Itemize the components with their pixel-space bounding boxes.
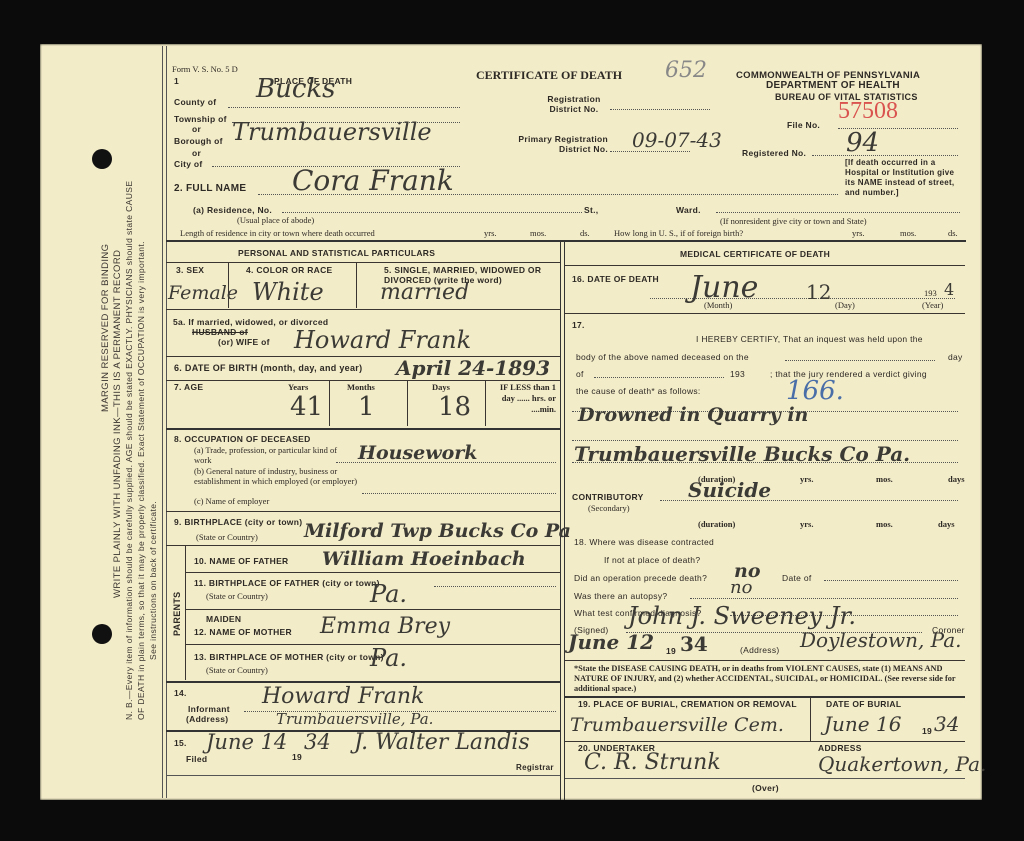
marital-value: married <box>380 280 469 305</box>
age-months: 1 <box>358 392 375 422</box>
yrs-label: yrs. <box>852 228 865 238</box>
dob-label: 6. DATE OF BIRTH (month, day, and year) <box>174 363 362 373</box>
nonresident-label: (If nonresident give city or town and St… <box>720 216 867 226</box>
signer-address-label: (Address) <box>740 645 780 655</box>
month-label: (Month) <box>704 300 732 310</box>
day-word: day <box>948 352 963 362</box>
borough-label: Borough of <box>174 136 223 146</box>
cause-line-1: Drowned in Quarry in <box>578 404 808 426</box>
occupation-value: Housework <box>358 442 477 464</box>
where-contracted-label: 18. Where was disease contracted <box>574 537 714 547</box>
duration-mos-2: mos. <box>876 519 893 529</box>
over-label: (Over) <box>752 783 779 793</box>
mother-birthplace-value: Pa. <box>370 644 407 672</box>
signed-year: 34 <box>680 632 708 656</box>
filed-year: 34 <box>304 730 331 754</box>
filed-19: 19 <box>292 752 302 762</box>
occupation-b-label: (b) General nature of industry, business… <box>194 466 359 486</box>
dod-year-prefix: 193 <box>924 288 937 298</box>
autopsy-label: Was there an autopsy? <box>574 591 667 601</box>
burial-value: Trumbauersville Cem. <box>570 714 784 736</box>
race-value: White <box>252 278 324 306</box>
year-label: (Year) <box>922 300 943 310</box>
date-of-label: Date of <box>782 573 812 583</box>
section-17: 17. <box>572 320 585 330</box>
dod-year: 4 <box>944 280 954 299</box>
margin-nb-note-3: See instructions on back of certificate. <box>148 501 159 660</box>
township-label: Township of <box>174 114 227 124</box>
margin-nb-note-2: OF DEATH in plain terms, so that it may … <box>136 241 147 720</box>
signer-address: Doylestown, Pa. <box>800 628 962 652</box>
informant-address-label: (Address) <box>186 714 228 724</box>
personal-heading: PERSONAL AND STATISTICAL PARTICULARS <box>238 248 435 258</box>
cause-code: 166. <box>786 376 844 406</box>
operation-label: Did an operation precede death? <box>574 573 707 583</box>
autopsy-value: no <box>730 577 752 598</box>
binder-hole-top <box>92 149 112 169</box>
duration-days-2: days <box>938 519 955 529</box>
parents-label: PARENTS <box>172 592 182 636</box>
duration-label-2: (duration) <box>698 519 735 529</box>
birthplace-sub-label: (State or Country) <box>196 532 258 542</box>
ward-label: Ward. <box>676 205 701 215</box>
days-label: Days <box>432 382 450 392</box>
husband-of-label: HUSBAND of <box>192 327 248 337</box>
registrar-label: Registrar <box>516 763 554 772</box>
years-label: Years <box>288 382 308 392</box>
signed-date: June 12 <box>568 630 654 654</box>
primary-registration-value: 09-07-43 <box>632 128 722 152</box>
binder-hole-bottom <box>92 624 112 644</box>
hospital-note: [If death occurred in a Hospital or Inst… <box>845 158 965 198</box>
mos-label: mos. <box>900 228 916 238</box>
file-number-stamp: 57508 <box>838 98 898 125</box>
city-label: City of <box>174 159 203 169</box>
registered-no-label: Registered No. <box>742 148 806 158</box>
residence-label: (a) Residence, No. <box>193 205 272 215</box>
agency-line-2: DEPARTMENT OF HEALTH <box>766 80 900 91</box>
full-name-value: Cora Frank <box>292 164 454 197</box>
duration-mos: mos. <box>876 474 893 484</box>
informant-address-value: Trumbauersville, Pa. <box>276 710 433 728</box>
cause-note: *State the DISEASE CAUSING DEATH, or in … <box>574 664 962 694</box>
abode-label: (Usual place of abode) <box>237 215 314 225</box>
burial-19: 19 <box>922 726 932 736</box>
age-days: 18 <box>438 392 471 422</box>
duration-days: days <box>948 474 965 484</box>
birthplace-value: Milford Twp Bucks Co Pa <box>304 520 571 542</box>
father-birthplace-label: 11. BIRTHPLACE OF FATHER (city or town) <box>194 578 380 588</box>
form-number: Form V. S. No. 5 D <box>172 64 238 74</box>
foreign-birth-label: How long in U. S., if of foreign birth? <box>614 228 743 238</box>
father-label: 10. NAME OF FATHER <box>194 556 289 566</box>
signed-19: 19 <box>666 646 676 656</box>
informant-label: Informant <box>188 704 230 714</box>
filed-num: 15. <box>174 738 187 748</box>
or-label: or <box>192 148 201 158</box>
certify-text-2: body of the above named deceased on the <box>576 352 749 362</box>
certify-text-1: I HEREBY CERTIFY, That an inquest was he… <box>696 334 923 344</box>
months-label: Months <box>347 382 375 392</box>
or-label: or <box>192 124 201 134</box>
primary-registration-label: Primary Registration District No. <box>508 134 608 154</box>
mother-value: Emma Brey <box>320 614 450 639</box>
birthplace-label: 9. BIRTHPLACE (city or town) <box>174 517 302 527</box>
burial-year: 34 <box>934 712 959 736</box>
age-years: 41 <box>290 392 323 422</box>
full-name-label: 2. FULL NAME <box>174 183 246 194</box>
registrar-signature: J. Walter Landis <box>354 730 530 755</box>
duration-yrs: yrs. <box>800 474 813 484</box>
dod-day: 12 <box>806 280 831 304</box>
dod-label: 16. DATE OF DEATH <box>572 274 659 284</box>
mother-birthplace-sub: (State or Country) <box>206 665 268 675</box>
father-birthplace-value: Pa. <box>370 580 407 608</box>
undertaker-value: C. R. Strunk <box>584 750 721 775</box>
occupation-label: 8. OCCUPATION OF DECEASED <box>174 434 311 444</box>
length-residence-label: Length of residence in city or town wher… <box>180 228 375 238</box>
spouse-value: Howard Frank <box>294 326 471 354</box>
certify-text-4: the cause of death* as follows: <box>576 386 701 396</box>
burial-date-label: DATE OF BURIAL <box>826 699 901 709</box>
secondary-label: (Secondary) <box>588 503 630 513</box>
burial-date: June 16 <box>824 712 901 736</box>
mother-label: 12. NAME OF MOTHER <box>194 627 292 637</box>
margin-nb-note-1: N. B.—Every item of information should b… <box>124 181 135 720</box>
ds-label: ds. <box>948 228 958 238</box>
signer-signature: John J. Sweeney Jr. <box>628 602 856 630</box>
burial-label: 19. PLACE OF BURIAL, CREMATION OR REMOVA… <box>578 699 818 709</box>
if-less-label: IF LESS than 1 day ...... hrs. or ....mi… <box>494 382 556 415</box>
filed-label: Filed <box>186 754 207 764</box>
maiden-label: MAIDEN <box>206 614 241 624</box>
age-label: 7. AGE <box>174 382 203 392</box>
mother-birthplace-label: 13. BIRTHPLACE OF MOTHER (city or town) <box>194 652 384 662</box>
street-label: St., <box>584 205 598 215</box>
contributory-label: CONTRIBUTORY <box>572 492 644 502</box>
mos-label: mos. <box>530 228 546 238</box>
ds-label: ds. <box>580 228 590 238</box>
margin-ink-note: WRITE PLAINLY WITH UNFADING INK—THIS IS … <box>112 250 123 598</box>
registered-no-value: 94 <box>846 128 879 158</box>
not-at-place-label: If not at place of death? <box>604 555 700 565</box>
father-value: William Hoeinbach <box>322 548 526 570</box>
informant-value: Howard Frank <box>262 684 424 709</box>
certify-193: 193 <box>730 369 745 379</box>
section-num: 1 <box>174 76 179 86</box>
informant-num: 14. <box>174 688 187 698</box>
registration-district-label: Registration District No. <box>540 94 608 114</box>
county-value: Bucks <box>256 74 336 104</box>
sex-label: 3. SEX <box>176 265 204 275</box>
borough-value: Trumbauersville <box>232 118 432 146</box>
stamped-number: 652 <box>665 58 707 83</box>
occupation-a-label: (a) Trade, profession, or particular kin… <box>194 445 344 465</box>
filed-date: June 14 <box>206 730 287 754</box>
margin-binding-note: MARGIN RESERVED FOR BINDING <box>100 244 111 412</box>
day-label: (Day) <box>835 300 855 310</box>
dob-value: April 24-1893 <box>396 356 550 380</box>
father-birthplace-sub: (State or Country) <box>206 591 268 601</box>
contributory-value: Suicide <box>688 478 771 502</box>
race-label: 4. COLOR OR RACE <box>246 265 333 275</box>
wife-of-label: (or) WIFE of <box>218 337 270 347</box>
certificate-title: CERTIFICATE OF DEATH <box>476 68 622 83</box>
county-label: County of <box>174 97 216 107</box>
medical-heading: MEDICAL CERTIFICATE OF DEATH <box>680 249 830 259</box>
yrs-label: yrs. <box>484 228 497 238</box>
file-no-label: File No. <box>787 120 820 130</box>
occupation-c-label: (c) Name of employer <box>194 496 269 506</box>
margin-rule <box>162 46 167 798</box>
duration-yrs-2: yrs. <box>800 519 813 529</box>
cause-line-2: Trumbauersville Bucks Co Pa. <box>574 442 910 466</box>
sex-value: Female <box>168 282 238 304</box>
certify-of: of <box>576 369 584 379</box>
undertaker-address: Quakertown, Pa. <box>818 752 986 776</box>
